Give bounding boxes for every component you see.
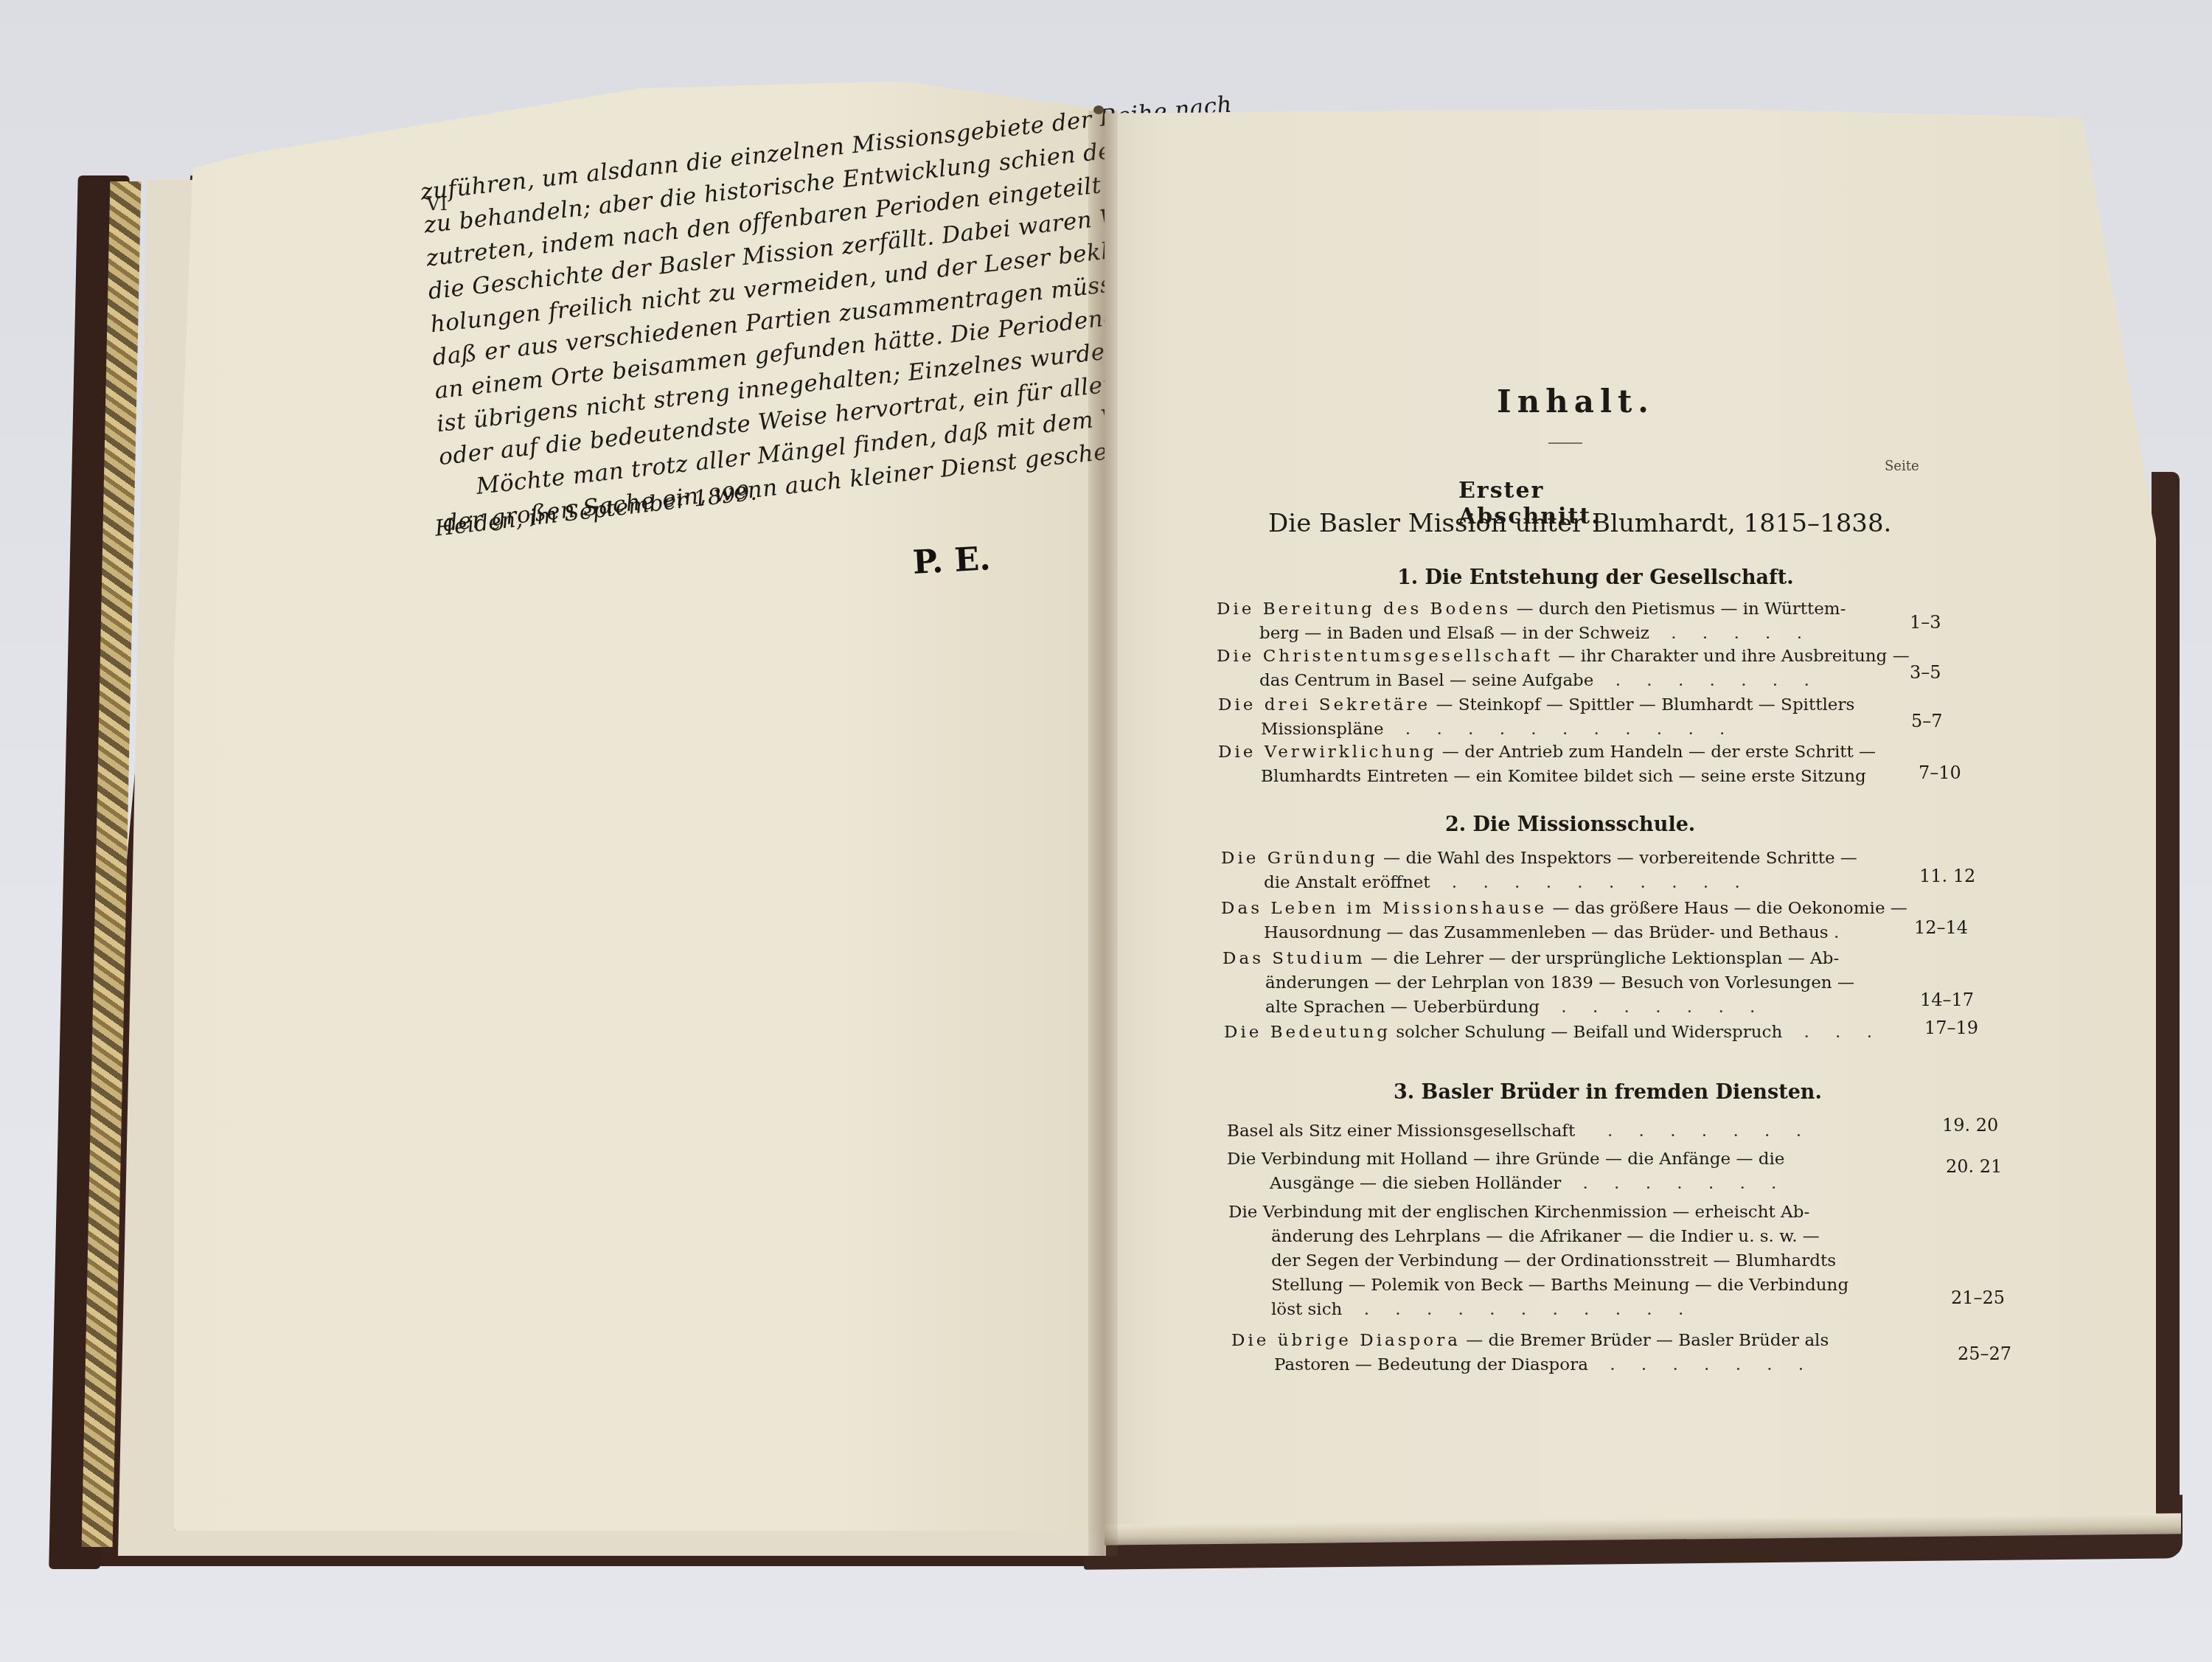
- entry-lead: Die Bereitung des Bodens: [1217, 599, 1511, 619]
- entry-pages: 14–17: [1920, 988, 1974, 1012]
- entry-pages: 5–7: [1911, 709, 1943, 734]
- entry-pages: 11. 12: [1919, 864, 1975, 889]
- book-photo-scene: VI zuführen, um alsdann die einzelnen Mi…: [0, 0, 2212, 1662]
- page-column-label: Seite: [1885, 459, 1919, 474]
- entry-text: solcher Schulung — Beifall und Widerspru…: [1391, 1023, 1782, 1042]
- toc-entry: Die Verbindung mit Holland — ihre Gründe…: [1227, 1147, 1891, 1196]
- entry-pages: 20. 21: [1946, 1155, 2002, 1179]
- toc-entry: Die Christentumsgesellschaft — ihr Chara…: [1217, 644, 1880, 693]
- entry-pages: 7–10: [1919, 761, 1961, 785]
- entry-pages: 3–5: [1910, 661, 1941, 685]
- entry-lead: Die Christentumsgesellschaft: [1217, 647, 1553, 666]
- leader-dots: . . . . . . .: [1615, 671, 1820, 690]
- toc-entry: Das Leben im Missionshause — das größere…: [1221, 897, 1885, 945]
- entry-lead: Die Bedeutung: [1224, 1023, 1391, 1042]
- leader-dots: . . . . . . . . . . .: [1364, 1300, 1694, 1319]
- toc-entry: Die drei Sekretäre — Steinkopf — Spittle…: [1218, 693, 1882, 742]
- leader-dots: . . . . . . .: [1610, 1355, 1814, 1374]
- entry-text: das Centrum in Basel — seine Aufgabe: [1259, 671, 1593, 690]
- entry-text: — ihre Gründe — die Anfänge — die: [1468, 1150, 1785, 1169]
- part-title: Die Basler Mission unter Blumhardt, 1815…: [1268, 509, 1891, 538]
- entry-pages: 12–14: [1914, 916, 1968, 940]
- entry-text: der Segen der Verbindung — der Ordinatio…: [1271, 1251, 1836, 1270]
- entry-text: — ihr Charakter und ihre Ausbreitung —: [1553, 647, 1910, 666]
- entry-text: — die Lehrer — der ursprüngliche Lektion…: [1366, 949, 1839, 968]
- entry-text: Hausordnung — das Zusammenleben — das Br…: [1264, 923, 1829, 942]
- toc-entry: Die Verbindung mit der englischen Kirche…: [1228, 1200, 1892, 1322]
- entry-text: Pastoren — Bedeutung der Diaspora: [1274, 1355, 1588, 1374]
- entry-lead: Die Verbindung mit der englischen Kirche…: [1228, 1203, 1667, 1222]
- entry-pages: 19. 20: [1942, 1113, 1998, 1138]
- toc-title: Inhalt.: [1497, 383, 1655, 420]
- entry-text: — erheischt Ab-: [1667, 1203, 1809, 1222]
- entry-text: — der Antrieb zum Handeln — der erste Sc…: [1437, 743, 1877, 762]
- entry-text: Stellung — Polemik von Beck — Barths Mei…: [1271, 1276, 1848, 1295]
- leader-dots: . . . . . . . . . . .: [1405, 720, 1736, 739]
- entry-text: die Anstalt eröffnet: [1264, 873, 1430, 892]
- entry-text: — das größere Haus — die Oekonomie —: [1547, 899, 1907, 918]
- section-heading: 1. Die Entstehung der Gesellschaft.: [1397, 566, 1794, 589]
- toc-entry: Die Gründung — die Wahl des Inspektors —…: [1221, 846, 1885, 895]
- entry-pages: 25–27: [1958, 1342, 2011, 1366]
- entry-lead: Das Studium: [1222, 949, 1366, 968]
- leader-dots: . . .: [1804, 1023, 1882, 1042]
- leader-dots: .: [1834, 923, 1849, 942]
- entry-text: änderungen — der Lehrplan von 1839 — Bes…: [1265, 973, 1854, 992]
- toc-entry: Basel als Sitz einer Missionsgesellschaf…: [1227, 1119, 1891, 1144]
- entry-lead: Basel als Sitz einer Missionsgesellschaf…: [1227, 1122, 1575, 1141]
- entry-text: Ausgänge — die sieben Holländer: [1270, 1174, 1561, 1193]
- toc-entry: Die Verwirklichung — der Antrieb zum Han…: [1218, 740, 1882, 789]
- entry-lead: Die Gründung: [1221, 849, 1378, 868]
- toc-entry: Die Bereitung des Bodens — durch den Pie…: [1217, 597, 1880, 646]
- entry-text: änderung des Lehrplans — die Afrikaner —…: [1271, 1227, 1820, 1246]
- entry-pages: 1–3: [1910, 611, 1941, 635]
- entry-text: alte Sprachen — Ueberbürdung: [1265, 998, 1540, 1017]
- entry-text: Missionspläne: [1261, 720, 1384, 739]
- entry-text: berg — in Baden und Elsaß — in der Schwe…: [1259, 624, 1649, 643]
- entry-text: — Steinkopf — Spittler — Blumhardt — Spi…: [1430, 695, 1854, 714]
- entry-lead: Das Leben im Missionshause: [1221, 899, 1547, 918]
- leader-dots: . . . . . . .: [1607, 1122, 1812, 1141]
- leader-dots: . . . . . . .: [1582, 1174, 1787, 1193]
- toc-entry: Das Studium — die Lehrer — der ursprüngl…: [1222, 947, 1886, 1020]
- entry-pages: 21–25: [1951, 1286, 2005, 1310]
- signoff-initials: P. E.: [912, 540, 992, 581]
- toc-entry: Die Bedeutung solcher Schulung — Beifall…: [1224, 1021, 1888, 1045]
- entry-lead: Die drei Sekretäre: [1218, 695, 1430, 714]
- leader-dots: . . . . . . . . . .: [1452, 873, 1750, 892]
- entry-lead: Die übrige Diaspora: [1231, 1331, 1461, 1350]
- entry-text: — die Wahl des Inspektors — vorbereitend…: [1378, 849, 1857, 868]
- entry-pages: 17–19: [1924, 1016, 1978, 1040]
- entry-text: — durch den Pietismus — in Württem-: [1511, 599, 1846, 619]
- toc-divider: [1548, 442, 1582, 444]
- section-heading: 3. Basler Brüder in fremden Diensten.: [1394, 1081, 1822, 1104]
- toc-entry: Die übrige Diaspora — die Bremer Brüder …: [1231, 1329, 1895, 1377]
- preface-text: zuführen, um alsdann die einzelnen Missi…: [413, 105, 1112, 540]
- entry-lead: Die Verbindung mit Holland: [1227, 1150, 1468, 1169]
- leader-dots: . . . . .: [1671, 624, 1812, 643]
- entry-lead: Die Verwirklichung: [1218, 743, 1437, 762]
- section-heading: 2. Die Missionsschule.: [1445, 813, 1695, 836]
- book-gutter: [1088, 111, 1118, 1556]
- entry-text: — die Bremer Brüder — Basler Brüder als: [1461, 1331, 1829, 1350]
- leader-dots: . . . . . . .: [1561, 998, 1765, 1017]
- headband: [1093, 105, 1104, 114]
- entry-text: Blumhardts Eintreten — ein Komitee bilde…: [1261, 767, 1866, 786]
- entry-text: löst sich: [1271, 1300, 1342, 1319]
